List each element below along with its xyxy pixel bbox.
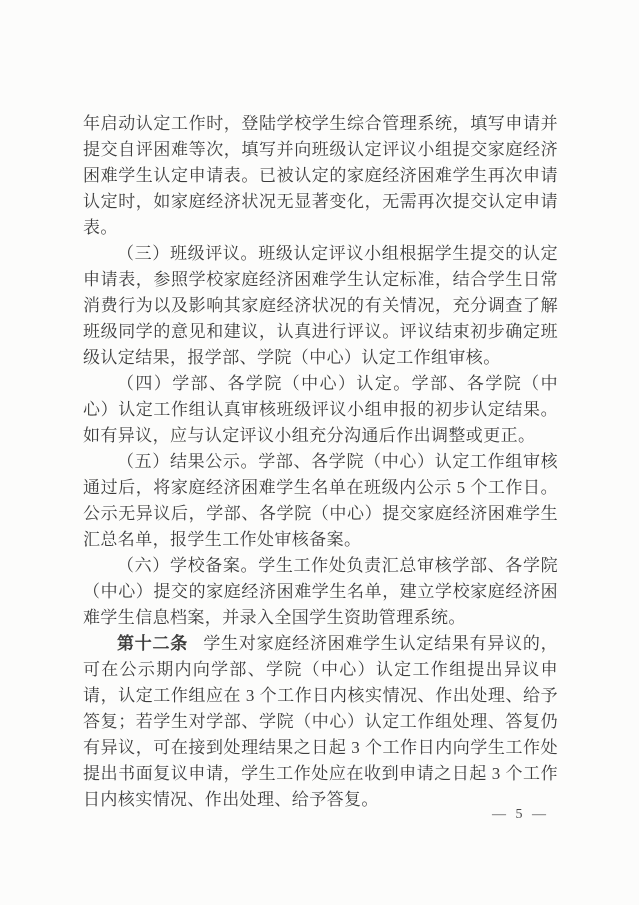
paragraph-article-12: 第十二条学生对家庭经济困难学生认定结果有异议的，可在公示期内向学部、学院（中心）… [83, 631, 558, 813]
document-page: 年启动认定工作时，登陆学校学生综合管理系统，填写申请并提交自评困难等次，填写并向… [0, 0, 639, 905]
article-12-heading: 第十二条 [117, 634, 188, 653]
page-number: — 5 — [492, 807, 549, 823]
paragraph-item-3-class-review: （三）班级评议。班级认定评议小组根据学生提交的认定申请表，参照学校家庭经济困难学… [83, 241, 558, 371]
paragraph-continuation: 年启动认定工作时，登陆学校学生综合管理系统，填写申请并提交自评困难等次，填写并向… [83, 111, 558, 241]
paragraph-item-6-school-filing: （六）学校备案。学生工作处负责汇总审核学部、各学院（中心）提交的家庭经济困难学生… [83, 553, 558, 631]
document-body: 年启动认定工作时，登陆学校学生综合管理系统，填写申请并提交自评困难等次，填写并向… [83, 111, 558, 813]
paragraph-item-4-college-confirmation: （四）学部、各学院（中心）认定。学部、各学院（中心）认定工作组认真审核班级评议小… [83, 371, 558, 449]
article-12-body: 学生对家庭经济困难学生认定结果有异议的，可在公示期内向学部、学院（中心）认定工作… [83, 634, 558, 809]
paragraph-item-5-result-publicity: （五）结果公示。学部、各学院（中心）认定工作组审核通过后，将家庭经济困难学生名单… [83, 449, 558, 553]
